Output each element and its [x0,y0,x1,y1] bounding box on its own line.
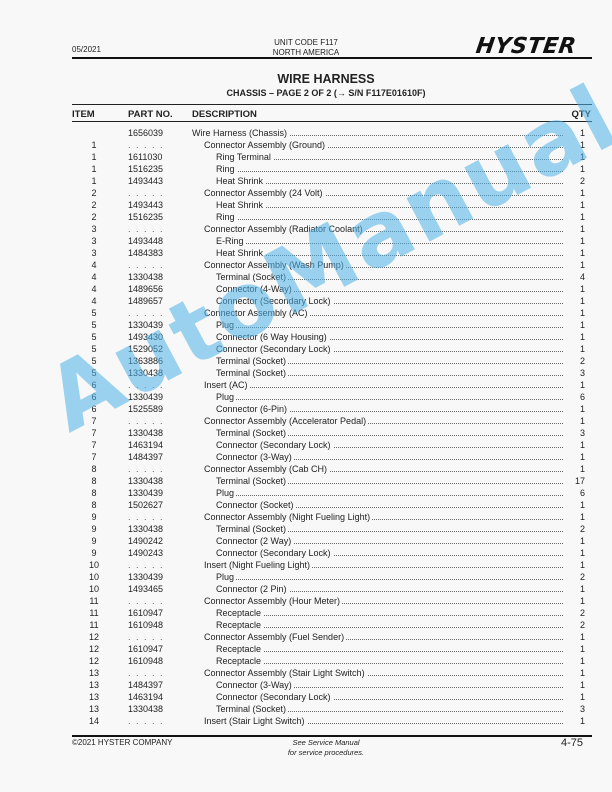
part-number: . . . . . [128,415,164,427]
dot-leader [216,615,563,616]
part-number: 1363886 [128,355,163,367]
description-text: Receptacle [216,620,263,630]
item-number: 13 [72,667,116,679]
table-row: 121610947Receptacle1 [0,643,612,655]
table-row: 131330438Terminal (Socket)3 [0,703,612,715]
quantity: 1 [569,259,585,271]
description-text: Connector Assembly (Cab CH) [204,464,329,474]
description-text: Connector (Secondary Lock) [216,344,333,354]
quantity: 6 [569,391,585,403]
description: Terminal (Socket) [216,271,563,283]
page-number: 4-75 [561,737,583,749]
table-row: 71463194Connector (Secondary Lock)1 [0,439,612,451]
item-number: 3 [72,223,116,235]
item-number: 3 [72,235,116,247]
item-number: 6 [72,391,116,403]
part-number: 1493430 [128,331,163,343]
item-number: 8 [72,475,116,487]
description-text: Connector (Secondary Lock) [216,296,333,306]
dot-leader [216,183,563,184]
item-number: 7 [72,415,116,427]
item-number: 2 [72,211,116,223]
description: Connector Assembly (Hour Meter) [204,595,563,607]
quantity: 3 [569,367,585,379]
table-row: 131463194Connector (Secondary Lock)1 [0,691,612,703]
table-row: 3. . . . .Connector Assembly (Radiator C… [0,223,612,235]
quantity: 1 [569,547,585,559]
table-row: 11493443Heat Shrink2 [0,175,612,187]
table-header-top-rule [72,104,592,105]
column-header-qty: QTY [571,109,591,120]
dot-leader [216,219,563,220]
table-row: 81502627Connector (Socket)1 [0,499,612,511]
description-text: Plug [216,392,236,402]
part-number: 1490243 [128,547,163,559]
dot-leader [216,627,563,628]
quantity: 1 [569,499,585,511]
quantity: 2 [569,619,585,631]
item-number: 8 [72,487,116,499]
quantity: 1 [569,655,585,667]
part-number: . . . . . [128,667,164,679]
quantity: 1 [569,691,585,703]
item-number: 1 [72,163,116,175]
description-text: Heat Shrink [216,176,265,186]
description-text: Ring Terminal [216,152,273,162]
item-number: 5 [72,307,116,319]
description-text: Terminal (Socket) [216,368,288,378]
quantity: 1 [569,595,585,607]
description: Wire Harness (Chassis) [192,127,563,139]
part-number: . . . . . [128,379,164,391]
item-number: 6 [72,403,116,415]
description: Connector (Socket) [216,499,563,511]
table-row: 51493430Connector (6 Way Housing)1 [0,331,612,343]
quantity: 1 [569,319,585,331]
column-header-item: ITEM [72,109,95,120]
description-text: Connector Assembly (Stair Light Switch) [204,668,367,678]
table-row: 14. . . . .Insert (Stair Light Switch)1 [0,715,612,727]
quantity: 1 [569,511,585,523]
part-number: 1330438 [128,475,163,487]
table-row: 12. . . . .Connector Assembly (Fuel Send… [0,631,612,643]
description: Plug [216,487,563,499]
description: Connector Assembly (Wash Pump) [204,259,563,271]
item-number: 9 [72,547,116,559]
table-row: 6. . . . .Insert (AC)1 [0,379,612,391]
description-text: Terminal (Socket) [216,476,288,486]
part-number: . . . . . [128,631,164,643]
item-number: 2 [72,187,116,199]
table-row: 51363886Terminal (Socket)2 [0,355,612,367]
part-number: 1490242 [128,535,163,547]
description: Terminal (Socket) [216,703,563,715]
table-row: 81330438Terminal (Socket)17 [0,475,612,487]
column-header-description: DESCRIPTION [192,109,257,120]
part-number: . . . . . [128,511,164,523]
description-text: Terminal (Socket) [216,524,288,534]
description: Terminal (Socket) [216,475,563,487]
description-text: Plug [216,572,236,582]
table-row: 111610948Receptacle2 [0,619,612,631]
item-number: 5 [72,319,116,331]
item-number: 4 [72,283,116,295]
description-text: Connector (Secondary Lock) [216,548,333,558]
description-text: Ring [216,164,237,174]
description: Connector Assembly (Cab CH) [204,463,563,475]
description-text: Connector Assembly (Hour Meter) [204,596,342,606]
item-number: 11 [72,607,116,619]
part-number: 1330438 [128,271,163,283]
item-number: 12 [72,643,116,655]
quantity: 1 [569,667,585,679]
quantity: 1 [569,211,585,223]
table-row: 7. . . . .Connector Assembly (Accelerato… [0,415,612,427]
table-row: 41330438Terminal (Socket)4 [0,271,612,283]
quantity: 4 [569,271,585,283]
dot-leader [216,651,563,652]
quantity: 1 [569,295,585,307]
description-text: Heat Shrink [216,200,265,210]
table-row: 21516235Ring1 [0,211,612,223]
table-row: 9. . . . .Connector Assembly (Night Fuel… [0,511,612,523]
quantity: 1 [569,151,585,163]
description-text: Connector (2 Way) [216,536,293,546]
description: Connector Assembly (Fuel Sender) [204,631,563,643]
item-number: 4 [72,271,116,283]
item-number: 13 [72,691,116,703]
description: Connector Assembly (Radiator Coolant) [204,223,563,235]
description-text: Connector (Secondary Lock) [216,692,333,702]
table-row: 11. . . . .Connector Assembly (Hour Mete… [0,595,612,607]
description-text: Connector (3-Way) [216,452,294,462]
description: Receptacle [216,619,563,631]
dot-leader [216,399,563,400]
description: Connector (4-Way) [216,283,563,295]
item-number: 11 [72,619,116,631]
description: Connector (Secondary Lock) [216,547,563,559]
quantity: 1 [569,463,585,475]
part-number: . . . . . [128,463,164,475]
table-row: 21493443Heat Shrink1 [0,199,612,211]
description: Connector (3-Way) [216,451,563,463]
table-row: 51330439Plug1 [0,319,612,331]
quantity: 1 [569,187,585,199]
table-row: 131484397Connector (3-Way)1 [0,679,612,691]
item-number: 8 [72,499,116,511]
part-number: 1330438 [128,367,163,379]
quantity: 1 [569,127,585,139]
quantity: 2 [569,523,585,535]
description: Connector Assembly (Ground) [204,139,563,151]
description-text: Connector Assembly (24 Volt) [204,188,325,198]
part-number: 1330439 [128,319,163,331]
item-number: 13 [72,703,116,715]
description: Heat Shrink [216,199,563,211]
quantity: 1 [569,559,585,571]
part-number: 1330439 [128,571,163,583]
table-row: 11611030Ring Terminal1 [0,151,612,163]
part-number: 1493448 [128,235,163,247]
quantity: 1 [569,235,585,247]
table-row: 31493448E-Ring1 [0,235,612,247]
table-header-bottom-rule [72,121,592,122]
item-number: 5 [72,343,116,355]
description-text: Receptacle [216,608,263,618]
table-row: 1656039Wire Harness (Chassis)1 [0,127,612,139]
description: Terminal (Socket) [216,523,563,535]
table-row: 8. . . . .Connector Assembly (Cab CH)1 [0,463,612,475]
description: Connector (Secondary Lock) [216,295,563,307]
header-rule [72,57,592,59]
table-row: 71484397Connector (3-Way)1 [0,451,612,463]
footer-rule [72,735,592,737]
quantity: 1 [569,535,585,547]
description: Terminal (Socket) [216,367,563,379]
quantity: 1 [569,415,585,427]
part-number: 1330438 [128,703,163,715]
part-number: 1484397 [128,451,163,463]
description: Connector (6-Pin) [216,403,563,415]
item-number: 14 [72,715,116,727]
hyster-logo: HYSTER [474,34,578,59]
item-number: 7 [72,451,116,463]
table-row: 81330439Plug6 [0,487,612,499]
description-text: Plug [216,488,236,498]
description-text: Connector (2 Pin) [216,584,289,594]
part-number: 1610948 [128,655,163,667]
description-text: Receptacle [216,644,263,654]
page-subtitle: CHASSIS – PAGE 2 OF 2 (→ S/N F117E01610F… [0,88,612,98]
quantity: 1 [569,223,585,235]
description-text: Connector (6 Way Housing) [216,332,329,342]
quantity: 1 [569,343,585,355]
part-number: 1463194 [128,439,163,451]
description: Ring [216,163,563,175]
item-number: 9 [72,511,116,523]
dot-leader [216,579,563,580]
dot-leader [216,171,563,172]
page-title: WIRE HARNESS [0,72,612,86]
description: Insert (Night Fueling Light) [204,559,563,571]
dot-leader [216,495,563,496]
parts-table: 1656039Wire Harness (Chassis)11. . . . .… [0,127,612,727]
item-number: 1 [72,139,116,151]
description-text: Terminal (Socket) [216,428,288,438]
description-text: Terminal (Socket) [216,356,288,366]
item-number: 11 [72,595,116,607]
part-number: 1489656 [128,283,163,295]
quantity: 1 [569,439,585,451]
description: Connector (2 Pin) [216,583,563,595]
description: Connector (3-Way) [216,679,563,691]
part-number: 1610948 [128,619,163,631]
description: Terminal (Socket) [216,355,563,367]
description: E-Ring [216,235,563,247]
description-text: Wire Harness (Chassis) [192,128,289,138]
dot-leader [216,663,563,664]
dot-leader [204,387,563,388]
quantity: 1 [569,163,585,175]
table-row: 11516235Ring1 [0,163,612,175]
description: Connector (2 Way) [216,535,563,547]
quantity: 1 [569,331,585,343]
description-text: Connector Assembly (Fuel Sender) [204,632,346,642]
part-number: 1656039 [128,127,163,139]
table-row: 91490242Connector (2 Way)1 [0,535,612,547]
table-row: 31484383Heat Shrink1 [0,247,612,259]
table-row: 61330439Plug6 [0,391,612,403]
description-text: Heat Shrink [216,248,265,258]
table-row: 101330439Plug2 [0,571,612,583]
table-row: 121610948Receptacle1 [0,655,612,667]
part-number: 1330438 [128,523,163,535]
description-text: Connector (Socket) [216,500,296,510]
description-text: Connector Assembly (Wash Pump) [204,260,346,270]
item-number: 10 [72,583,116,595]
description-text: Connector Assembly (Accelerator Pedal) [204,416,368,426]
part-number: 1502627 [128,499,163,511]
quantity: 1 [569,379,585,391]
item-number: 2 [72,199,116,211]
description-text: Connector Assembly (Ground) [204,140,327,150]
part-number: 1493443 [128,199,163,211]
description: Connector Assembly (Night Fueling Light) [204,511,563,523]
item-number: 12 [72,655,116,667]
item-number: 5 [72,355,116,367]
description-text: Plug [216,320,236,330]
part-number: 1611030 [128,151,162,163]
part-number: 1529052 [128,343,163,355]
description-text: Connector (6-Pin) [216,404,289,414]
part-number: 1330438 [128,427,163,439]
item-number: 10 [72,571,116,583]
description: Plug [216,319,563,331]
column-header-part: PART NO. [128,109,173,120]
description-text: Terminal (Socket) [216,272,288,282]
description-text: E-Ring [216,236,246,246]
table-row: 111610947Receptacle2 [0,607,612,619]
footer-note: See Service Manual for service procedure… [0,738,612,758]
quantity: 6 [569,487,585,499]
description-text: Insert (AC) [204,380,250,390]
description: Connector Assembly (24 Volt) [204,187,563,199]
item-number: 13 [72,679,116,691]
part-number: 1463194 [128,691,163,703]
description: Connector (Secondary Lock) [216,691,563,703]
item-number: 1 [72,175,116,187]
table-row: 41489657Connector (Secondary Lock)1 [0,295,612,307]
description: Connector Assembly (AC) [204,307,563,319]
description-text: Insert (Night Fueling Light) [204,560,312,570]
table-row: 1. . . . .Connector Assembly (Ground)1 [0,139,612,151]
table-row: 61525589Connector (6-Pin)1 [0,403,612,415]
part-number: 1484383 [128,247,163,259]
table-row: 10. . . . .Insert (Night Fueling Light)1 [0,559,612,571]
item-number: 4 [72,259,116,271]
dot-leader [216,327,563,328]
description: Receptacle [216,655,563,667]
quantity: 1 [569,643,585,655]
table-row: 91330438Terminal (Socket)2 [0,523,612,535]
description: Terminal (Socket) [216,427,563,439]
quantity: 2 [569,607,585,619]
footer-note-line2: for service procedures. [0,748,612,758]
description: Receptacle [216,607,563,619]
table-row: 13. . . . .Connector Assembly (Stair Lig… [0,667,612,679]
quantity: 2 [569,571,585,583]
description: Ring Terminal [216,151,563,163]
item-number: 10 [72,559,116,571]
quantity: 1 [569,679,585,691]
quantity: 3 [569,427,585,439]
quantity: 1 [569,715,585,727]
table-row: 71330438Terminal (Socket)3 [0,427,612,439]
part-number: 1525589 [128,403,163,415]
part-number: . . . . . [128,715,164,727]
item-number: 3 [72,247,116,259]
part-number: 1516235 [128,211,163,223]
description: Connector (6 Way Housing) [216,331,563,343]
description: Insert (AC) [204,379,563,391]
description-text: Connector Assembly (Radiator Coolant) [204,224,365,234]
description-text: Receptacle [216,656,263,666]
item-number: 9 [72,535,116,547]
table-row: 5. . . . .Connector Assembly (AC)1 [0,307,612,319]
description: Plug [216,571,563,583]
description: Ring [216,211,563,223]
footer-note-line1: See Service Manual [0,738,612,748]
item-number: 5 [72,367,116,379]
quantity: 17 [569,475,585,487]
description: Insert (Stair Light Switch) [204,715,563,727]
description-text: Connector (3-Way) [216,680,294,690]
item-number: 7 [72,439,116,451]
description-text: Connector (Secondary Lock) [216,440,333,450]
quantity: 1 [569,451,585,463]
description-text: Connector Assembly (AC) [204,308,310,318]
description-text: Terminal (Socket) [216,704,288,714]
table-row: 41489656Connector (4-Way)1 [0,283,612,295]
quantity: 2 [569,175,585,187]
dot-leader [216,207,563,208]
quantity: 3 [569,703,585,715]
description: Plug [216,391,563,403]
description-text: Insert (Stair Light Switch) [204,716,307,726]
table-row: 4. . . . .Connector Assembly (Wash Pump)… [0,259,612,271]
part-number: 1330439 [128,391,163,403]
part-number: 1516235 [128,163,163,175]
quantity: 1 [569,583,585,595]
table-row: 2. . . . .Connector Assembly (24 Volt)1 [0,187,612,199]
part-number: 1610947 [128,607,163,619]
description: Connector (Secondary Lock) [216,439,563,451]
dot-leader [216,255,563,256]
description: Connector (Secondary Lock) [216,343,563,355]
quantity: 1 [569,403,585,415]
description-text: Connector (4-Way) [216,284,294,294]
description: Connector Assembly (Accelerator Pedal) [204,415,563,427]
quantity: 1 [569,139,585,151]
table-row: 91490243Connector (Secondary Lock)1 [0,547,612,559]
description-text: Connector Assembly (Night Fueling Light) [204,512,372,522]
item-number: 6 [72,379,116,391]
quantity: 1 [569,283,585,295]
part-number: . . . . . [128,595,164,607]
part-number: . . . . . [128,223,164,235]
item-number: 8 [72,463,116,475]
part-number: . . . . . [128,187,164,199]
